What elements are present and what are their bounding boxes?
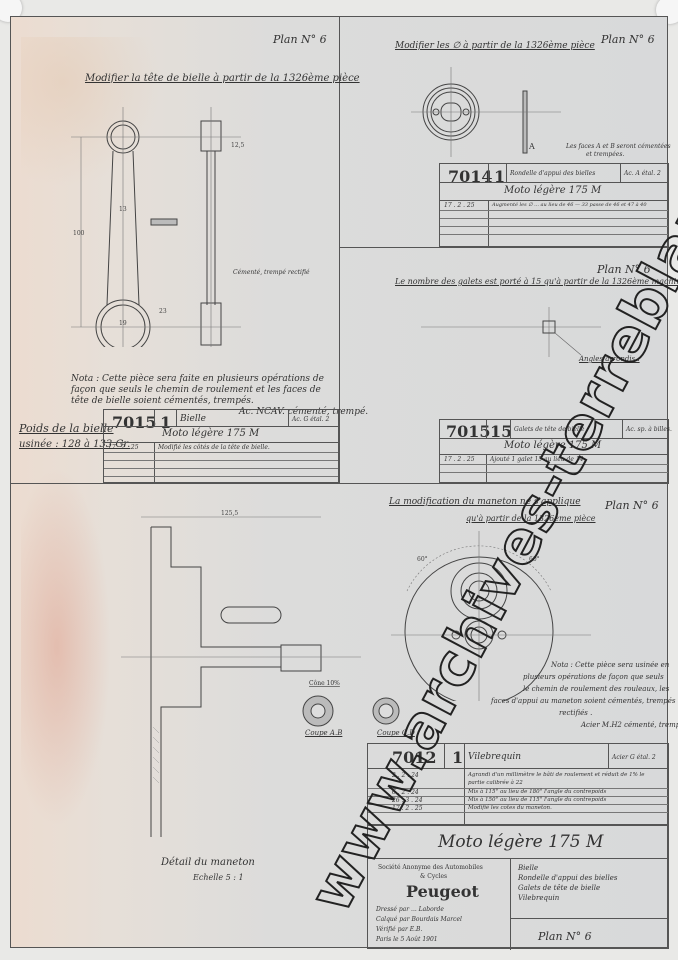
title-block-7014-washer: 7014 1 Rondelle d'appui des bielles Ac. … xyxy=(439,163,669,247)
part-quantity: 1 xyxy=(494,167,505,186)
panel-divider xyxy=(339,247,669,248)
revision-text: Augmenté les ∅ ... au lieu de 46 — 33 pa… xyxy=(492,202,647,208)
note-line: façon que seuls le chemin de roulement e… xyxy=(71,385,321,395)
drawn-by: Dressé par ... Laborde xyxy=(376,906,444,913)
note-line: et trempées. xyxy=(586,151,624,158)
note-line: Nota : Cette pièce sera faite en plusieu… xyxy=(71,374,324,384)
part-number: 7015 xyxy=(112,413,157,432)
connecting-rod-drawing: 100 13 19 23 12,5 xyxy=(71,107,341,347)
note-line: rectifiés . xyxy=(559,709,592,717)
dimension-label: 13 xyxy=(119,206,127,213)
note-line: faces d'appui au maneton soient cémentés… xyxy=(491,697,678,705)
brand-logo: Peugeot xyxy=(406,882,479,901)
material-note: Acier M.H2 cémenté, trempé xyxy=(581,721,678,729)
dimension-label: 19 xyxy=(119,320,127,327)
revision-date: 17 . 2 . 25 xyxy=(444,456,475,463)
revision-text: Modifié les côtés de la tête de bielle. xyxy=(158,444,270,451)
part-list-item: Galets de tête de bielle xyxy=(518,884,600,892)
plan-number: Plan N° 6 xyxy=(601,33,655,46)
svg-text:Cône 10%: Cône 10% xyxy=(309,680,340,687)
plan-number: Plan N° 6 xyxy=(273,33,327,46)
model-name: Moto légère 175 M xyxy=(504,185,601,196)
part-material: Acier G étal. 2 xyxy=(612,754,656,761)
main-title: Moto légère 175 M xyxy=(438,832,603,852)
part-name: Rondelle d'appui des bielles xyxy=(510,170,595,177)
note-line: le chemin de roulement des rouleaux, les xyxy=(523,685,669,693)
dimension-label: 12,5 xyxy=(231,142,245,149)
part-material: Ac. sp. à billes. xyxy=(626,426,672,433)
model-name: Moto légère 175 M xyxy=(162,428,259,439)
svg-text:60°: 60° xyxy=(417,556,428,563)
section-label: Coupe A.B xyxy=(305,729,342,737)
plan-number: Plan N° 6 xyxy=(538,930,592,943)
revision-text: Mis à 150° au lieu de 115° l'angle du co… xyxy=(468,797,606,803)
part-number: 7014 xyxy=(448,167,493,186)
svg-text:A: A xyxy=(528,142,535,151)
note-line: tête de bielle soient cémentés, trempés. xyxy=(71,396,254,406)
part-list-item: Bielle xyxy=(518,864,538,872)
company-name: & Cycles xyxy=(420,873,447,880)
detail-scale: Echelle 5 : 1 xyxy=(193,873,244,882)
part-quantity: 1 xyxy=(452,748,463,767)
revision-text: Mis à 115° au lieu de 180° l'angle du co… xyxy=(468,789,606,795)
dimension-label: 100 xyxy=(73,230,85,237)
main-title-block: Moto légère 175 M Société Anonyme des Au… xyxy=(367,825,669,949)
note-line: plusieurs opérations de façon que seuls xyxy=(523,673,664,681)
panel-title: Modifier la tête de bielle à partir de l… xyxy=(85,73,360,84)
weight-label: Poids de la bielle xyxy=(19,422,114,435)
part-material: Ac. G étal. 2 xyxy=(292,416,329,423)
revision-date: 17 . 2 . 25 xyxy=(444,202,475,209)
panel-title: Modifier les ∅ à partir de la 1326ème pi… xyxy=(395,41,595,51)
traced-by: Calqué par Bourdais Marcel xyxy=(376,916,462,923)
part-name: Bielle xyxy=(180,414,206,424)
plan-number: Plan N° 6 xyxy=(605,499,659,512)
svg-text:125,5: 125,5 xyxy=(221,510,238,517)
surface-annotation: Cémenté, trempé rectifié xyxy=(233,269,310,276)
title-block-7015-bielle: 7015 1 Bielle Ac. G étal. 2 Moto légère … xyxy=(103,409,339,483)
part-list-item: Vilebrequin xyxy=(518,894,559,902)
dimension-label: 23 xyxy=(159,308,167,315)
company-name: Société Anonyme des Automobiles xyxy=(378,864,483,871)
checked-by: Vérifié par E.B. xyxy=(376,926,422,933)
revision-date: 17 . 2 . 25 xyxy=(108,444,139,451)
part-name: Vilebrequin xyxy=(468,752,521,762)
revision-text: Modifié les cotes du maneton. xyxy=(468,805,552,811)
paper-stain xyxy=(21,467,111,827)
note-line: Les faces A et B seront cémentées xyxy=(566,143,671,150)
detail-title: Détail du maneton xyxy=(161,857,255,868)
part-list-item: Rondelle d'appui des bielles xyxy=(518,874,618,882)
crankpin-detail-drawing: 125,5 Cône 10% xyxy=(121,507,361,837)
revision-text: Agrandi d'un millimètre le bâti de roule… xyxy=(468,772,645,778)
washer-drawing: A xyxy=(411,67,561,157)
part-material: Ac. A étal. 2 xyxy=(624,170,661,177)
revision-text: partie calibrée à 22 xyxy=(468,780,523,786)
drawing-date: Paris le 5 Août 1901 xyxy=(376,936,438,943)
note-line: Nota : Cette pièce sera usinée en xyxy=(551,661,669,669)
